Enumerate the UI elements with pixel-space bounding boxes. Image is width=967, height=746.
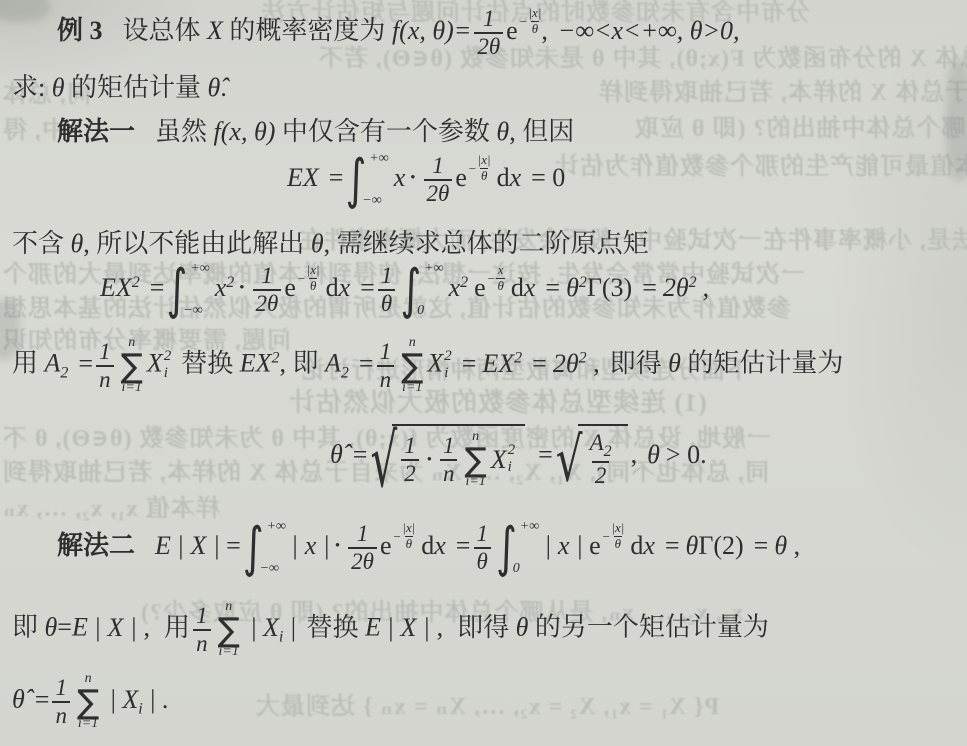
math-var: θ [647,440,660,469]
fraction-denominator: θ [405,536,413,552]
superscript: 2 [579,274,587,291]
fraction: A22 [587,430,615,489]
fraction-denominator: 2 [592,461,610,489]
equals: = [360,273,375,302]
fraction: 1θ [378,263,396,317]
superscript: 2 [579,350,587,367]
math-var: θ [311,229,324,258]
sum-sign: ∑ [464,444,486,475]
subscript: i [138,701,142,718]
solution1-heading-line: 解法一虽然 f(x, θ) 中仅含有一个参数 θ, 但因 [57,116,574,147]
punctuation: , [787,531,800,560]
minus-sign: − [297,272,306,285]
cn-text: 即得 [457,613,516,642]
fraction: 1n [440,433,458,487]
equals: = [329,163,344,192]
fraction-numerator: |x| [478,153,491,168]
abs-bar: | [109,685,116,714]
scan-smudge [0,0,50,22]
math-var: X [491,444,507,475]
euler-e: e [380,531,392,560]
math-var: E [72,613,88,642]
math-var: x [394,163,406,192]
integral-upper-limit: +∞ [424,262,443,276]
multiplication-dot: • [410,170,415,186]
euler-e: e [474,273,486,302]
math-var: x [524,273,536,302]
punctuation: , [430,613,443,642]
fraction-denominator: 2θ [348,547,377,575]
integral-limits: +∞−∞ [264,520,283,576]
math-var: X [147,349,163,378]
fraction-denominator: θ [309,278,317,294]
superscript: 2 [444,349,452,365]
cn-text: 的概率密度为 [223,16,392,45]
integral: ∫+∞0 [400,262,440,318]
exponent-fraction: |x|θ [307,263,320,294]
math-var: X [427,349,443,378]
sum-sign: ∑ [401,350,423,381]
fraction-denominator: θ [614,536,622,552]
explanation-line: 不含 θ, 所以不能由此解出 θ, 需继续求总体的二阶原点矩 [12,228,649,259]
scanned-textbook-page: { "l1": { "tag": "例 3", "s1": "设总体 ", "s… [0,0,967,746]
multiplication-dot: • [239,280,244,296]
integral: ∫+∞0 [496,520,536,576]
fraction-numerator: |x| [611,521,624,536]
fraction-numerator: |x| [528,6,541,21]
cn-text: 替换 [306,613,365,642]
fraction-numerator: 1 [52,675,70,701]
cn-text: 求: [12,73,52,102]
fraction-denominator: 2θ [424,179,453,207]
euler-e: e [506,16,518,45]
solution2-label: 解法二 [57,531,135,560]
fraction-numerator: |x| [402,521,415,536]
minus-sign: − [468,162,477,175]
cn-text: 中仅含有一个参数 [275,117,496,146]
fraction-denominator: θ [496,278,504,294]
fraction-numerator: |x| [307,263,320,278]
integral-lower-limit: 0 [417,304,436,318]
summation: n∑i=1 [121,336,143,395]
exponent: −|x|θ [468,153,491,184]
exponent-fraction: |x|θ [478,153,491,184]
math-result: 2θ [553,349,579,378]
sum-lower-limit: i=1 [402,381,422,395]
differential-d: d [497,163,510,192]
minus-sign: − [393,530,402,543]
sum-sign: ∑ [77,686,99,717]
math-var: EX [482,349,514,378]
punctuation: . [220,73,227,102]
differential-d: d [511,273,524,302]
cn-text: 的另一个矩估计量为 [528,613,769,642]
fraction: 12θ [253,263,282,317]
subscript: i [508,460,512,476]
differential-d: d [421,531,434,560]
equals: = [665,531,680,560]
math-var: x [643,531,655,560]
solution2-line: 解法二E| X |=∫+∞−∞| x |•12θe−|x|θdx=1θ∫+∞0|… [57,520,800,576]
fraction-denominator: θ [480,168,488,184]
minus-sign: − [519,15,528,28]
punctuation: , [541,16,548,45]
math-lhs: EX [100,273,132,302]
fraction: 1n [193,603,211,657]
subscript: i [444,366,448,382]
sum-sign: ∑ [121,350,143,381]
example-statement-line: 例 3设总体 X 的概率密度为 f(x, θ)=12θe−|x|θ,−∞<x<+… [57,6,740,60]
equals: = [754,531,769,560]
abs-value: | x | [544,531,583,560]
sqrt-body: A22 [578,424,628,489]
fraction-numerator: 1 [378,263,396,289]
math-var: A [45,349,61,378]
solution1-label: 解法一 [57,117,135,146]
gamma-function: Γ(3) [587,273,632,302]
integral-limits: +∞0 [517,520,536,576]
fraction-numerator: 1 [473,521,491,547]
exponent: −xθ [487,263,505,294]
abs-value: | x | [291,531,330,560]
math-var: θ [496,117,509,146]
cn-text: 的矩估计量为 [681,349,844,378]
cn-text: , 但因 [509,117,574,146]
gamma-function: Γ(2) [698,531,743,560]
math-var: X [207,16,223,45]
equals: = [456,531,471,560]
subscript: 2 [60,365,68,382]
cn-text: , 需继续求总体的二阶原点矩 [324,229,649,258]
fraction-denominator: n [193,629,211,657]
sup-sub-stack: 2i [444,349,452,382]
cn-text: 用 [12,349,45,378]
minus-sign: − [602,530,611,543]
fraction-denominator: θ [474,547,491,575]
page: 分布中含有未知参数时的点估计问题与矩估计方法 一般地, 设总体 X 的分布函数为… [0,0,967,746]
equals: = [462,349,477,378]
equals: = [353,440,368,469]
theta-hat: θ̂ [330,440,343,469]
integral-upper-limit: +∞ [267,520,286,534]
summation: n∑i=1 [401,336,423,395]
fraction: 1θ [473,521,491,575]
equals: = [532,349,547,378]
bleed-through-text: 为来自于总体 X 的样本, 若已抽取得到样 [598,72,967,107]
exponent-fraction: |x|θ [528,6,541,37]
superscript: 2 [272,350,280,367]
math-var: x [434,531,446,560]
multiplication-dot: • [335,538,340,554]
summation: n∑i=1 [464,430,486,489]
cn-text: 替换 [181,349,240,378]
math-expr: f(x, θ) [214,117,276,146]
fraction-numerator: x [498,263,504,278]
equals: = [35,685,50,714]
subscript: i [279,629,283,646]
fraction: 1n [96,339,114,393]
fraction: 1n [52,675,70,729]
fraction: 12θ [474,6,503,60]
integral-lower-limit: 0 [513,562,532,576]
sqrt-sign: √ [370,424,397,498]
euler-e: e [455,163,467,192]
math-var: X [263,613,279,642]
math-var: θ [45,613,58,642]
fraction-numerator: 1 [193,603,211,629]
punctuation: , [587,349,600,378]
fraction-numerator: 1 [354,521,372,547]
integral-lower-limit: −∞ [183,304,202,318]
cn-text: , 即 [280,349,326,378]
fraction-denominator: n [52,701,70,729]
integral-limits: +∞−∞ [187,262,206,318]
math-var: θ [668,349,681,378]
math-var: EX [240,349,272,378]
equals: = [545,273,560,302]
euler-e: e [284,273,296,302]
cn-text: 设总体 [123,16,208,45]
question-line: 求: θ 的矩估计量 θ̂. [12,72,227,103]
fraction: 1n [377,339,395,393]
bleed-through-text: 是从哪个总体中抽出的? (即 θ 应取 [634,108,967,143]
exponent-fraction: |x|θ [611,521,624,552]
equals: = [78,349,93,378]
exponent: −|x|θ [297,263,320,294]
superscript: 2 [164,349,172,365]
equals: = [57,613,72,642]
fraction: 12 [401,433,419,487]
equals: = [150,273,165,302]
superscript: 2 [689,274,697,291]
fraction-denominator: n [377,365,395,393]
superscript: 2 [226,274,234,291]
scan-smudge [946,60,967,180]
square-root: √12•1nn∑i=1X2i [370,424,525,489]
sqrt-body: 12•1nn∑i=1X2i [392,424,525,489]
math-var: θ [774,531,787,560]
superscript: 2 [508,443,516,459]
cn-text: 不含 [12,229,71,258]
abs-bar: | [149,685,156,714]
cn-text: , 所以不能由此解出 [83,229,311,258]
sum-lower-limit: i=1 [78,717,98,731]
math-var: E [155,531,171,560]
math-var: θ [566,273,579,302]
subscript: i [164,366,168,382]
fraction-denominator: n [440,459,458,487]
sqrt-sign: √ [556,429,583,490]
abs-value: | X | [387,613,430,642]
summation: n∑i=1 [218,600,240,659]
subscript: 2 [604,443,612,460]
formula-moment-estimator: θ̂=√12•1nn∑i=1X2i=√A22,θ> 0. [330,424,707,489]
cn-text: 即 [12,613,45,642]
differential-d: d [630,531,643,560]
formula-second-estimator: θ̂=1nn∑i=1|Xi|. [12,672,168,731]
math-var: X [122,685,138,714]
punctuation: , [137,613,150,642]
minus-sign: − [487,272,496,285]
sum-lower-limit: i=1 [122,381,142,395]
superscript: 2 [460,274,468,291]
fraction-numerator: 1 [440,433,458,459]
formula-first-moment: EX=∫+∞−∞x•12θe−|x|θdx= 0 [287,152,565,208]
math-lhs: EX [287,163,319,192]
fraction-denominator: 2 [401,459,419,487]
fraction-numerator: 1 [96,339,114,365]
exponent-fraction: xθ [496,263,504,294]
math-condition: −∞<x<+∞, θ>0, [558,16,740,45]
abs-bar: | [250,613,257,642]
subscript: 2 [341,365,349,382]
fraction-denominator: 2θ [253,289,282,317]
math-var: x [510,163,522,192]
bleed-through-text: 本值最可能产生的那个参数值作为估计 [554,146,967,181]
fraction: 12θ [424,153,453,207]
exponent: −|x|θ [393,521,416,552]
integral: ∫+∞−∞ [166,262,206,318]
square-root: √A22 [556,424,628,489]
sum-sign: ∑ [218,614,240,645]
exponent: −|x|θ [602,521,625,552]
integral-upper-limit: +∞ [369,152,388,166]
sup-sub-stack: 2i [164,349,172,382]
fraction-denominator: 2θ [474,32,503,60]
equals: = [359,349,374,378]
math-var: A [590,430,604,455]
fraction-numerator: 1 [480,6,498,32]
fraction-denominator: θ [378,289,395,317]
fraction-denominator: θ [531,21,539,37]
summation: n∑i=1 [77,672,99,731]
sum-lower-limit: i=1 [465,475,485,489]
integral-lower-limit: −∞ [260,562,279,576]
math-var: θ [686,531,699,560]
formula-second-moment: EX2=∫+∞−∞x2•12θe−|x|θdx=1θ∫+∞0x2e−xθdx=θ… [100,262,709,318]
math-result: 2θ [663,273,689,302]
fraction-denominator: n [96,365,114,393]
bleed-through-text: P{ X₁ = x₁, X₂ = x₂, …, Xₙ = xₙ } 达到最大 [255,686,719,721]
equals: = [538,440,553,469]
integral-upper-limit: +∞ [520,520,539,534]
substitution-line: 用 A2=1nn∑i=1X2i替换 EX2, 即 A2=1nn∑i=1X2i=E… [12,336,843,395]
equals: = [642,273,657,302]
integral-lower-limit: −∞ [362,194,381,208]
abs-value: | X | [177,531,220,560]
bleed-through-text: 样本值 x₁, x₂, …, xₙ [2,488,220,523]
integral-limits: +∞−∞ [366,152,385,208]
euler-e: e [589,531,601,560]
fraction-numerator: A2 [587,430,615,461]
math-condition: > 0. [666,440,707,469]
cn-text: 虽然 [155,117,214,146]
exponent-fraction: |x|θ [402,521,415,552]
punctuation: . [162,685,169,714]
math-expr: f(x, θ)= [392,16,471,45]
differential-d: d [326,273,339,302]
integral-limits: +∞0 [421,262,440,318]
math-var: x [215,273,227,302]
punctuation: , [631,440,638,469]
theta-hat: θ̂ [208,73,221,102]
fraction-numerator: 1 [401,433,419,459]
example-label: 例 3 [57,16,103,45]
fraction: 12θ [348,521,377,575]
fraction-numerator: 1 [429,153,447,179]
multiplication-dot: • [427,451,432,469]
integral: ∫+∞−∞ [345,152,385,208]
math-var: x [339,273,351,302]
superscript: 2 [132,274,140,291]
theta-hat: θ̂ [12,685,25,714]
abs-bar: | [289,613,296,642]
math-var: E [365,613,381,642]
superscript: 2 [514,350,522,367]
fraction-numerator: 1 [377,339,395,365]
math-var: θ [52,73,65,102]
math-var: x [449,273,461,302]
exponent: −|x|θ [519,6,542,37]
math-rhs: = 0 [531,163,565,192]
equals: = [226,531,241,560]
fraction-numerator: 1 [258,263,276,289]
cn-text: 的矩估计量 [65,73,208,102]
cn-text: 即得 [610,349,669,378]
punctuation: , [703,273,710,302]
integral-upper-limit: +∞ [190,262,209,276]
sup-sub-stack: 2i [508,443,516,476]
math-var: θ [516,613,529,642]
abs-value: | X | [94,613,137,642]
math-var: θ [71,229,84,258]
sum-lower-limit: i=1 [219,645,239,659]
integral: ∫+∞−∞ [243,520,283,576]
cn-text: 用 [164,613,190,642]
substitution-line2: 即 θ=E| X | ,用1nn∑i=1|Xi|替换 E| X | ,即得 θ … [12,600,769,659]
math-var: A [325,349,341,378]
